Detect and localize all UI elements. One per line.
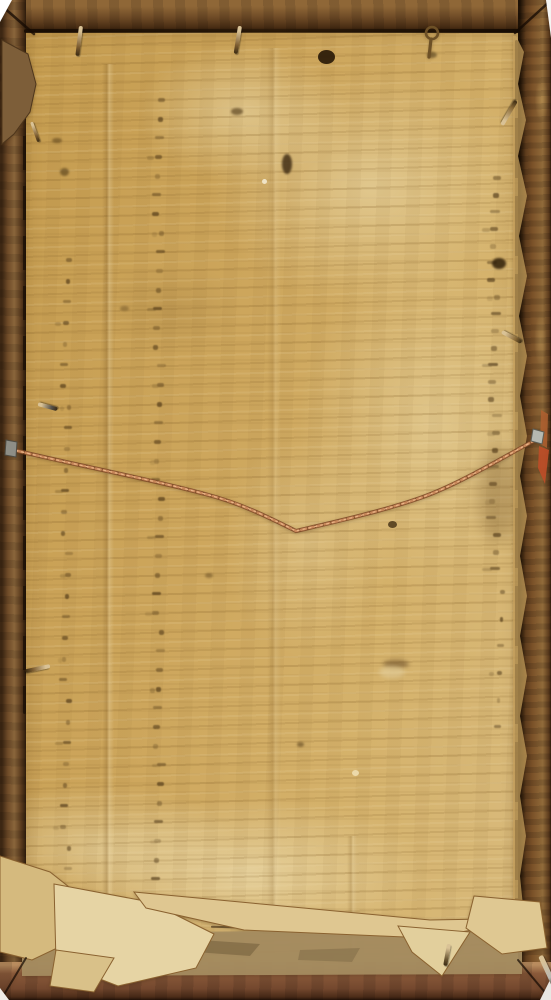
hanging-wire <box>10 438 539 531</box>
hanging-wire <box>10 438 539 531</box>
mitre-joint-line <box>2 6 34 34</box>
overlay-graphics <box>0 0 551 1000</box>
mitre-joint-line <box>2 958 26 998</box>
screw-eye-hook <box>426 27 438 39</box>
hanging-wire <box>10 438 539 531</box>
background-sliver <box>546 0 551 38</box>
framed-artwork-back-photo <box>0 0 551 1000</box>
mitre-joint-line <box>518 960 548 996</box>
mitre-joint-line <box>515 2 549 33</box>
grey-strip-blotch <box>298 948 360 962</box>
torn-paper-flap <box>50 950 114 992</box>
frame-inner-lip-highlight <box>513 36 527 944</box>
background-sliver <box>0 0 12 22</box>
screw-eye-shaft <box>429 39 431 57</box>
left-brown-paper-flap <box>2 40 36 144</box>
wire-anchor-left <box>5 440 17 457</box>
wire-anchor-right <box>531 429 544 444</box>
red-paint-remnant <box>538 446 549 484</box>
